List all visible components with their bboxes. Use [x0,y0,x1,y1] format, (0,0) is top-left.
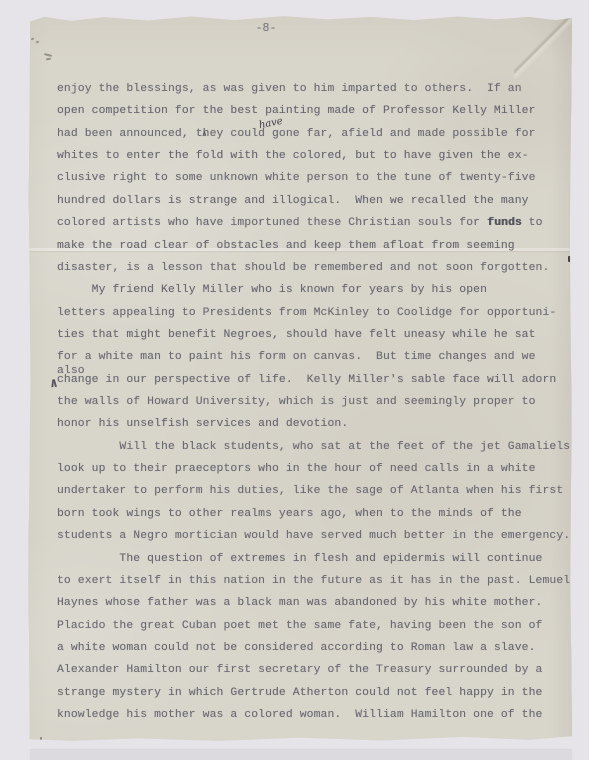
typed-line: Haynes whose father was a black man was … [57,592,562,614]
paper-crease-top-right [514,15,572,79]
typed-line: born took wings to other realms years ag… [57,503,562,525]
paper-speck [95,16,97,18]
pencil-mark [31,38,35,41]
pencil-mark [46,58,51,61]
typed-line: hundred dollars is strange and illogical… [57,190,562,212]
typed-line: the walls of Howard University, which is… [57,391,562,413]
typed-line: undertaker to perform his duties, like t… [57,480,562,502]
typed-line: ties that might benefit Negroes, should … [57,324,562,346]
typed-line: to exert itself in this nation in the fu… [57,570,562,592]
typed-line: honor his unselfish services and devotio… [57,413,562,435]
overtyped-word: funds [487,217,522,229]
typed-insertion: also [57,360,85,382]
typed-line: Will the black students, who sat at the … [57,436,562,458]
typed-line: disaster, is a lesson that should be rem… [57,257,562,279]
insertion-text: also [57,360,85,382]
paper-speck [40,737,42,740]
typed-line: The question of extremes in flesh and ep… [57,548,562,570]
typed-line: students a Negro mortician would have se… [57,525,562,547]
paper-speck [568,256,571,262]
typed-lines: enjoy the blessings, as was given to him… [57,78,562,726]
typed-line: whites to enter the fold with the colore… [57,145,562,167]
typed-line: enjoy the blessings, as was given to him… [57,78,562,100]
scan-background: -8- enjoy the blessings, as was given to… [0,0,589,760]
typed-line: Placido the great Cuban poet met the sam… [57,615,562,637]
pencil-mark [36,41,39,44]
typed-line: My friend Kelly Miller who is known for … [57,279,562,301]
typed-line: open competition for the best painting m… [57,100,562,122]
typed-line: strange mystery in which Gertrude Athert… [57,682,562,704]
typed-line: letters appealing to Presidents from McK… [57,302,562,324]
insertion-text: have [257,111,285,138]
bottom-sheet-edge [30,750,572,760]
typed-line: look up to their praeceptors who in the … [57,458,562,480]
typed-line: Alexander Hamilton our first secretary o… [57,659,562,681]
document-page: -8- enjoy the blessings, as was given to… [28,15,572,742]
pencil-mark [24,49,30,54]
typed-line: for a white man to paint his form on can… [57,346,562,368]
typed-line: clusive right to some unknown white pers… [57,167,562,189]
typed-line: change in our perspective of life. Kelly… [57,369,562,391]
typed-line: make the road clear of obstacles and kee… [57,235,562,257]
typed-line: knowledge his mother was a colored woman… [57,704,562,726]
insertion-caret: ∧ [202,124,207,146]
handwritten-insertion: have [259,113,283,135]
pencil-mark [44,53,52,57]
page-number: -8- [226,22,306,35]
typed-line: a white woman could not be considered ac… [57,637,562,659]
typed-line: had been announced, they could gone far,… [57,123,562,145]
typed-line: colored artists who have importuned thes… [57,212,562,234]
